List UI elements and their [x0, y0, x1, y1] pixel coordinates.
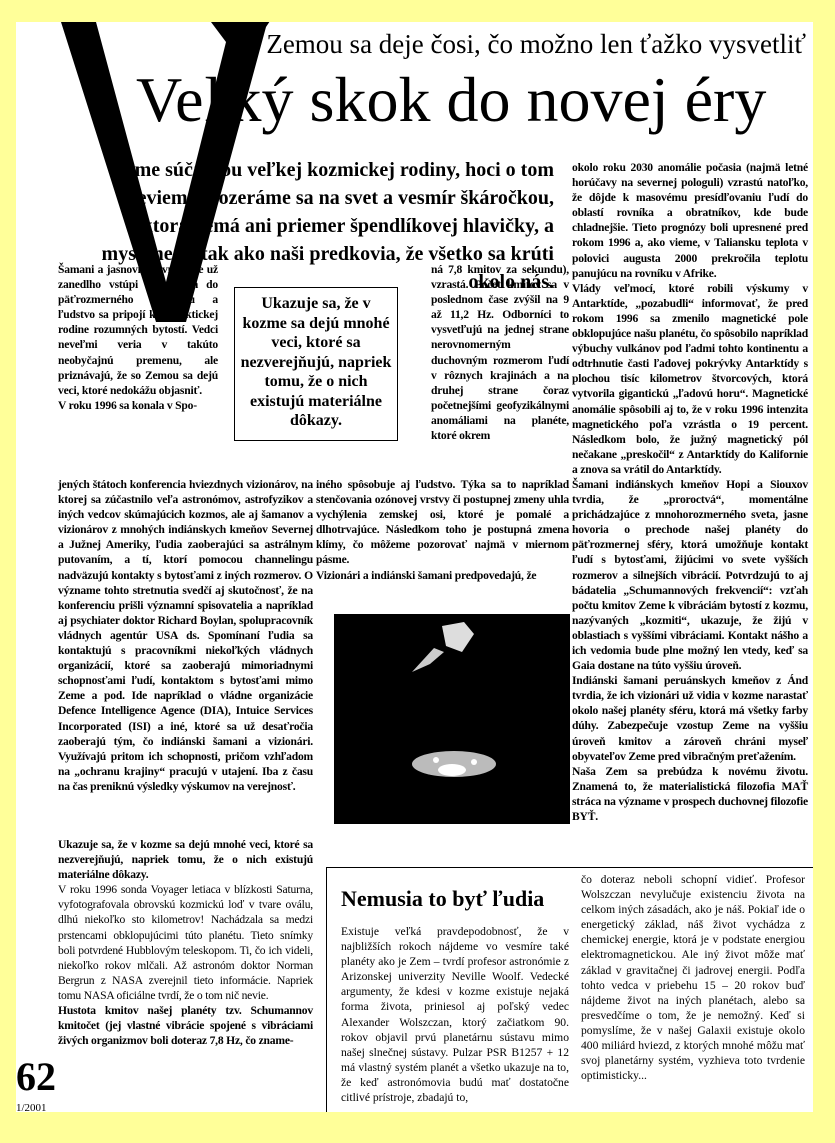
paragraph: Hustota kmitov našej planéty tzv. Schuma… [58, 1003, 313, 1048]
column-1-bottom: Ukazuje sa, že v kozme sa dejú mnohé vec… [58, 837, 313, 1048]
sidebar-title: Nemusia to byť ľudia [341, 886, 544, 912]
column-1-middle: jených štátoch konferencia hviezdnych vi… [58, 477, 313, 794]
page-number: 62 [16, 1057, 56, 1097]
paragraph: ná 7,8 kmitov za sekundu), vzrastá. Poče… [431, 262, 569, 443]
space-photo [334, 614, 570, 824]
paragraph: Naša Zem sa prebúdza k novému životu. Zn… [572, 764, 808, 824]
column-2-top: ná 7,8 kmitov za sekundu), vzrastá. Poče… [431, 262, 569, 443]
paragraph: Ukazuje sa, že v kozme sa dejú mnohé vec… [58, 837, 313, 882]
paragraph: V roku 1996 sonda Voyager letiaca v blíz… [58, 882, 313, 1003]
paragraph: Indiánski šamani peruánskych kmeňov z Án… [572, 673, 808, 764]
column-2-middle: iného spôsobuje aj ľudstvo. Týka sa to n… [316, 477, 569, 583]
issue-number: 1/2001 [16, 1102, 47, 1112]
paragraph: okolo roku 2030 anomálie počasia (najmä … [572, 160, 808, 281]
spacecraft-image [334, 614, 570, 824]
sidebar-box: Nemusia to byť ľudia Existuje veľká prav… [326, 867, 813, 1112]
article-kicker: So Zemou sa deje čosi, čo možno len ťažk… [196, 28, 806, 60]
drop-letter-v-graphic [36, 22, 276, 322]
paragraph: Šamani indiánskych kmeňov Hopi a Siouxov… [572, 477, 808, 673]
paragraph: Vizionári a indiánski šamani predpovedaj… [316, 568, 569, 583]
magazine-page: So Zemou sa deje čosi, čo možno len ťažk… [16, 22, 813, 1112]
paragraph: Vlády veľmocí, ktoré robili výskumy v An… [572, 281, 808, 477]
paragraph: jených štátoch konferencia hviezdnych vi… [58, 477, 313, 794]
sidebar-column-2: čo doteraz neboli schopní vidieť. Profes… [581, 872, 805, 1083]
column-3: okolo roku 2030 anomálie počasia (najmä … [572, 160, 808, 824]
paragraph: V roku 1996 sa konala v Spo- [58, 398, 218, 413]
paragraph: iného spôsobuje aj ľudstvo. Týka sa to n… [316, 477, 569, 568]
sidebar-column-1: Existuje veľká pravdepodobnosť, že v naj… [341, 924, 569, 1105]
